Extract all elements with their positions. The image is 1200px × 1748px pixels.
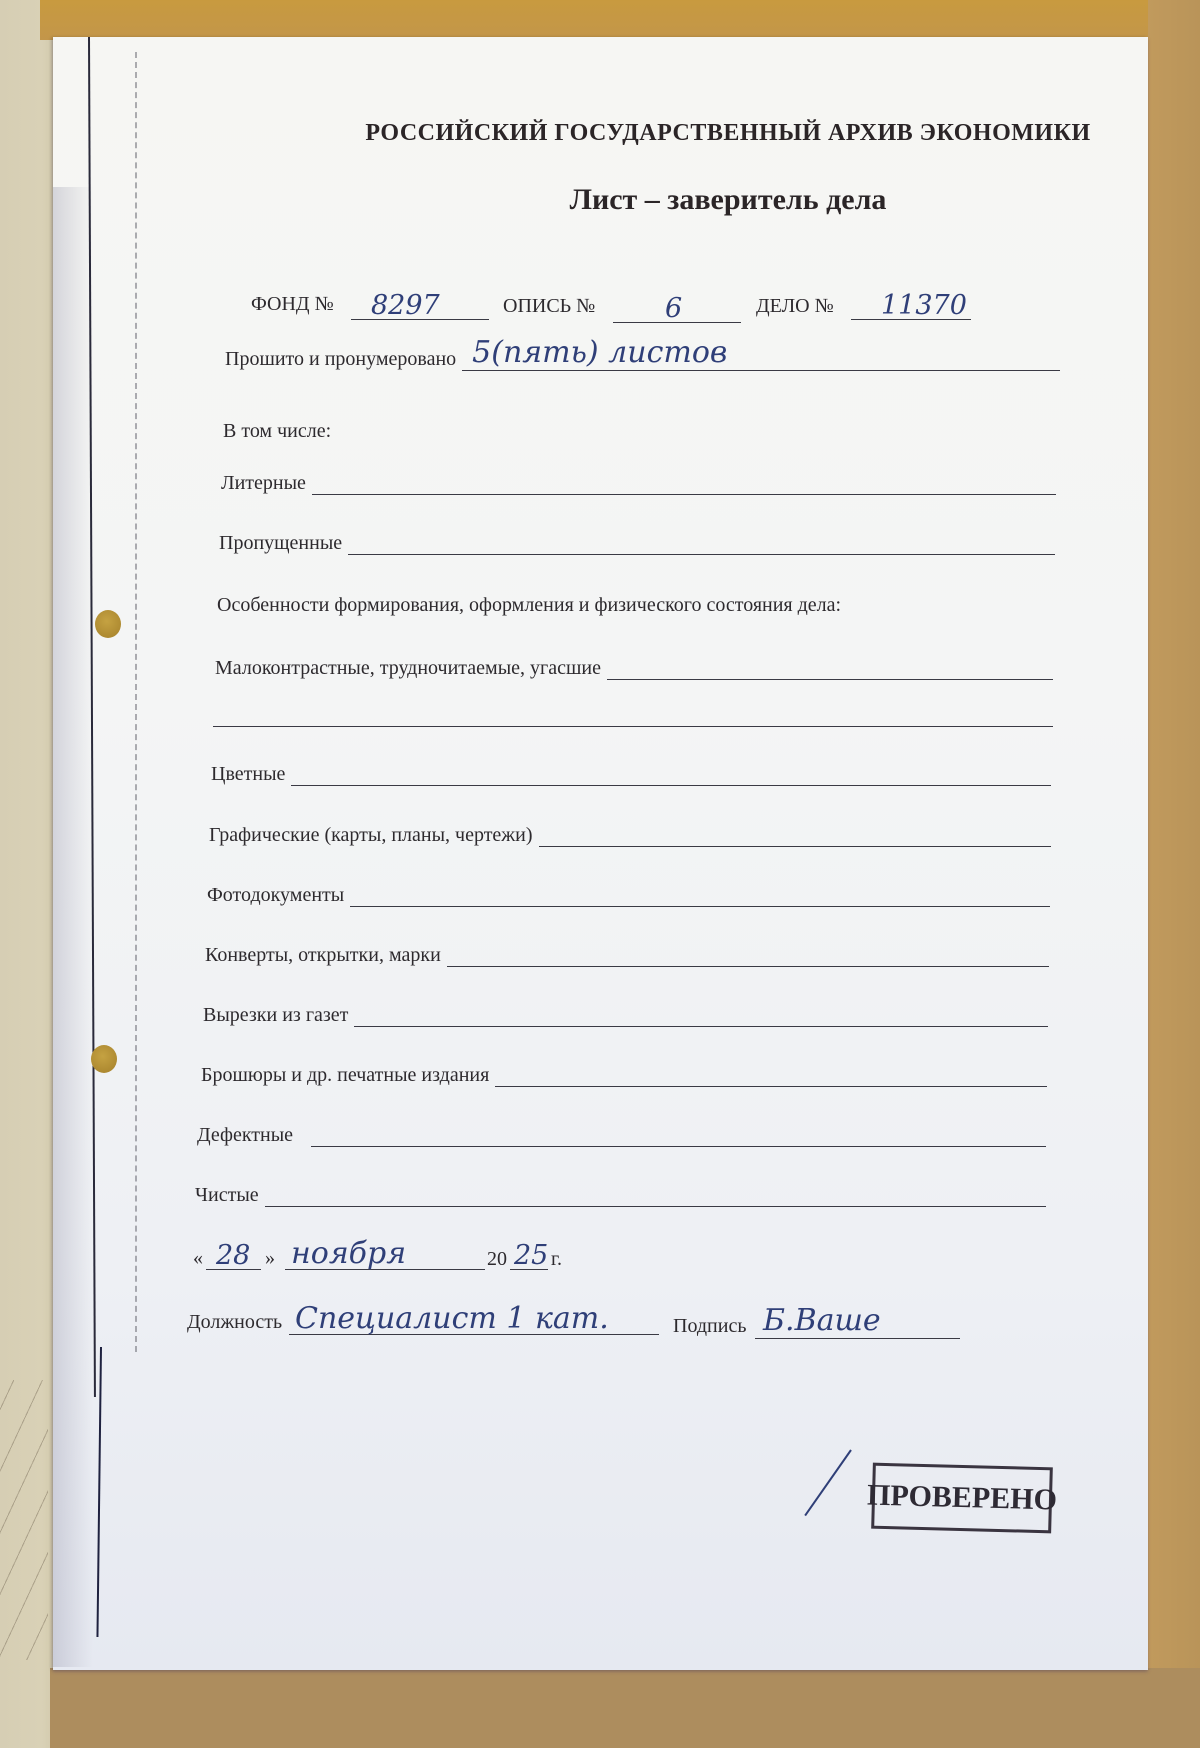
low-contrast-field[interactable] — [607, 656, 1053, 680]
blank-field[interactable] — [265, 1183, 1046, 1207]
date-year-suffix: 25 — [514, 1240, 548, 1271]
envelopes-field[interactable] — [447, 943, 1049, 967]
date-year-prefix: 20 — [487, 1248, 507, 1271]
clippings-label: Вырезки из газет — [203, 1004, 354, 1027]
liternye-label: Литерные — [221, 472, 312, 495]
page-shadow — [53, 187, 93, 1667]
graphic-label: Графические (карты, планы, чертежи) — [209, 824, 539, 847]
blank-row: Чистые — [195, 1183, 1046, 1207]
propushchennye-field[interactable] — [348, 531, 1055, 555]
envelopes-label: Конверты, открытки, марки — [205, 944, 447, 967]
liternye-row: Литерные — [221, 471, 1056, 495]
date-year-field[interactable]: 25 — [510, 1242, 548, 1270]
stitched-value: 5(пять) листов — [472, 335, 727, 370]
liternye-field[interactable] — [312, 471, 1056, 495]
position-label: Должность — [187, 1311, 282, 1334]
signature-label: Подпись — [673, 1315, 746, 1338]
certification-sheet: РОССИЙСКИЙ ГОСУДАРСТВЕННЫЙ АРХИВ ЭКОНОМИ… — [53, 37, 1148, 1670]
margin-dashed-line — [135, 52, 137, 1352]
brochures-row: Брошюры и др. печатные издания — [201, 1063, 1047, 1087]
low-contrast-row: Малоконтрастные, трудночитаемые, угасшие — [215, 656, 1053, 680]
delo-value: 11370 — [881, 290, 967, 321]
delo-field[interactable]: 11370 — [851, 292, 971, 320]
low-contrast-label: Малоконтрастные, трудночитаемые, угасшие — [215, 657, 607, 680]
folder-background — [0, 0, 60, 1748]
date-month: ноября — [291, 1236, 406, 1271]
color-label: Цветные — [211, 763, 291, 786]
fond-value: 8297 — [371, 290, 440, 321]
date-day: 28 — [216, 1240, 250, 1271]
date-year-unit: г. — [551, 1248, 562, 1271]
date-day-field[interactable]: 28 — [206, 1242, 261, 1270]
page-title: Лист – заверитель дела — [303, 183, 1153, 217]
delo-label: ДЕЛО № — [756, 295, 834, 318]
color-row: Цветные — [211, 762, 1051, 786]
fond-label: ФОНД № — [251, 293, 334, 316]
opis-field[interactable]: 6 — [613, 295, 741, 323]
defective-row: Дефектные — [197, 1123, 1046, 1147]
clippings-field[interactable] — [354, 1003, 1048, 1027]
brochures-field[interactable] — [495, 1063, 1047, 1087]
blank-label: Чистые — [195, 1184, 265, 1207]
including-label: В том числе: — [223, 420, 331, 443]
date-month-field[interactable]: ноября — [285, 1242, 485, 1270]
date-open-quote: « — [193, 1247, 203, 1270]
propushchennye-label: Пропущенные — [219, 532, 348, 555]
photo-field[interactable] — [350, 883, 1050, 907]
signature-field[interactable]: Б.Ваше — [755, 1299, 960, 1339]
punch-hole-icon — [95, 610, 121, 638]
graphic-row: Графические (карты, планы, чертежи) — [209, 823, 1051, 847]
verified-stamp: ПРОВЕРЕНО — [871, 1463, 1053, 1534]
photo-label: Фотодокументы — [207, 884, 350, 907]
clippings-row: Вырезки из газет — [203, 1003, 1048, 1027]
defective-label: Дефектные — [197, 1124, 311, 1147]
punch-hole-icon — [91, 1045, 117, 1073]
folder-scribbles — [0, 1380, 48, 1660]
propushchennye-row: Пропущенные — [219, 531, 1055, 555]
low-contrast-field-line2[interactable] — [213, 705, 1053, 727]
signature-value: Б.Ваше — [763, 1303, 881, 1338]
envelopes-row: Конверты, открытки, марки — [205, 943, 1049, 967]
graphic-field[interactable] — [539, 823, 1052, 847]
features-heading: Особенности формирования, оформления и ф… — [217, 594, 841, 617]
margin-line — [96, 1347, 102, 1637]
cardboard-top — [40, 0, 1200, 40]
photo-row: Фотодокументы — [207, 883, 1050, 907]
position-field[interactable]: Специалист 1 кат. — [289, 1301, 659, 1335]
color-field[interactable] — [291, 762, 1051, 786]
brochures-label: Брошюры и др. печатные издания — [201, 1064, 495, 1087]
fond-field[interactable]: 8297 — [351, 292, 489, 320]
stitched-row: Прошито и пронумеровано 5(пять) листов — [225, 347, 1060, 371]
defective-field[interactable] — [311, 1123, 1046, 1147]
date-close-quote: » — [265, 1247, 275, 1270]
stitched-field[interactable]: 5(пять) листов — [462, 347, 1060, 371]
stitched-label: Прошито и пронумеровано — [225, 348, 462, 371]
position-value: Специалист 1 кат. — [295, 1301, 609, 1336]
organization-name: РОССИЙСКИЙ ГОСУДАРСТВЕННЫЙ АРХИВ ЭКОНОМИ… — [303, 120, 1153, 147]
opis-value: 6 — [665, 293, 682, 324]
opis-label: ОПИСЬ № — [503, 295, 595, 318]
cardboard-right — [1148, 0, 1200, 1748]
cardboard-bottom — [50, 1668, 1200, 1748]
